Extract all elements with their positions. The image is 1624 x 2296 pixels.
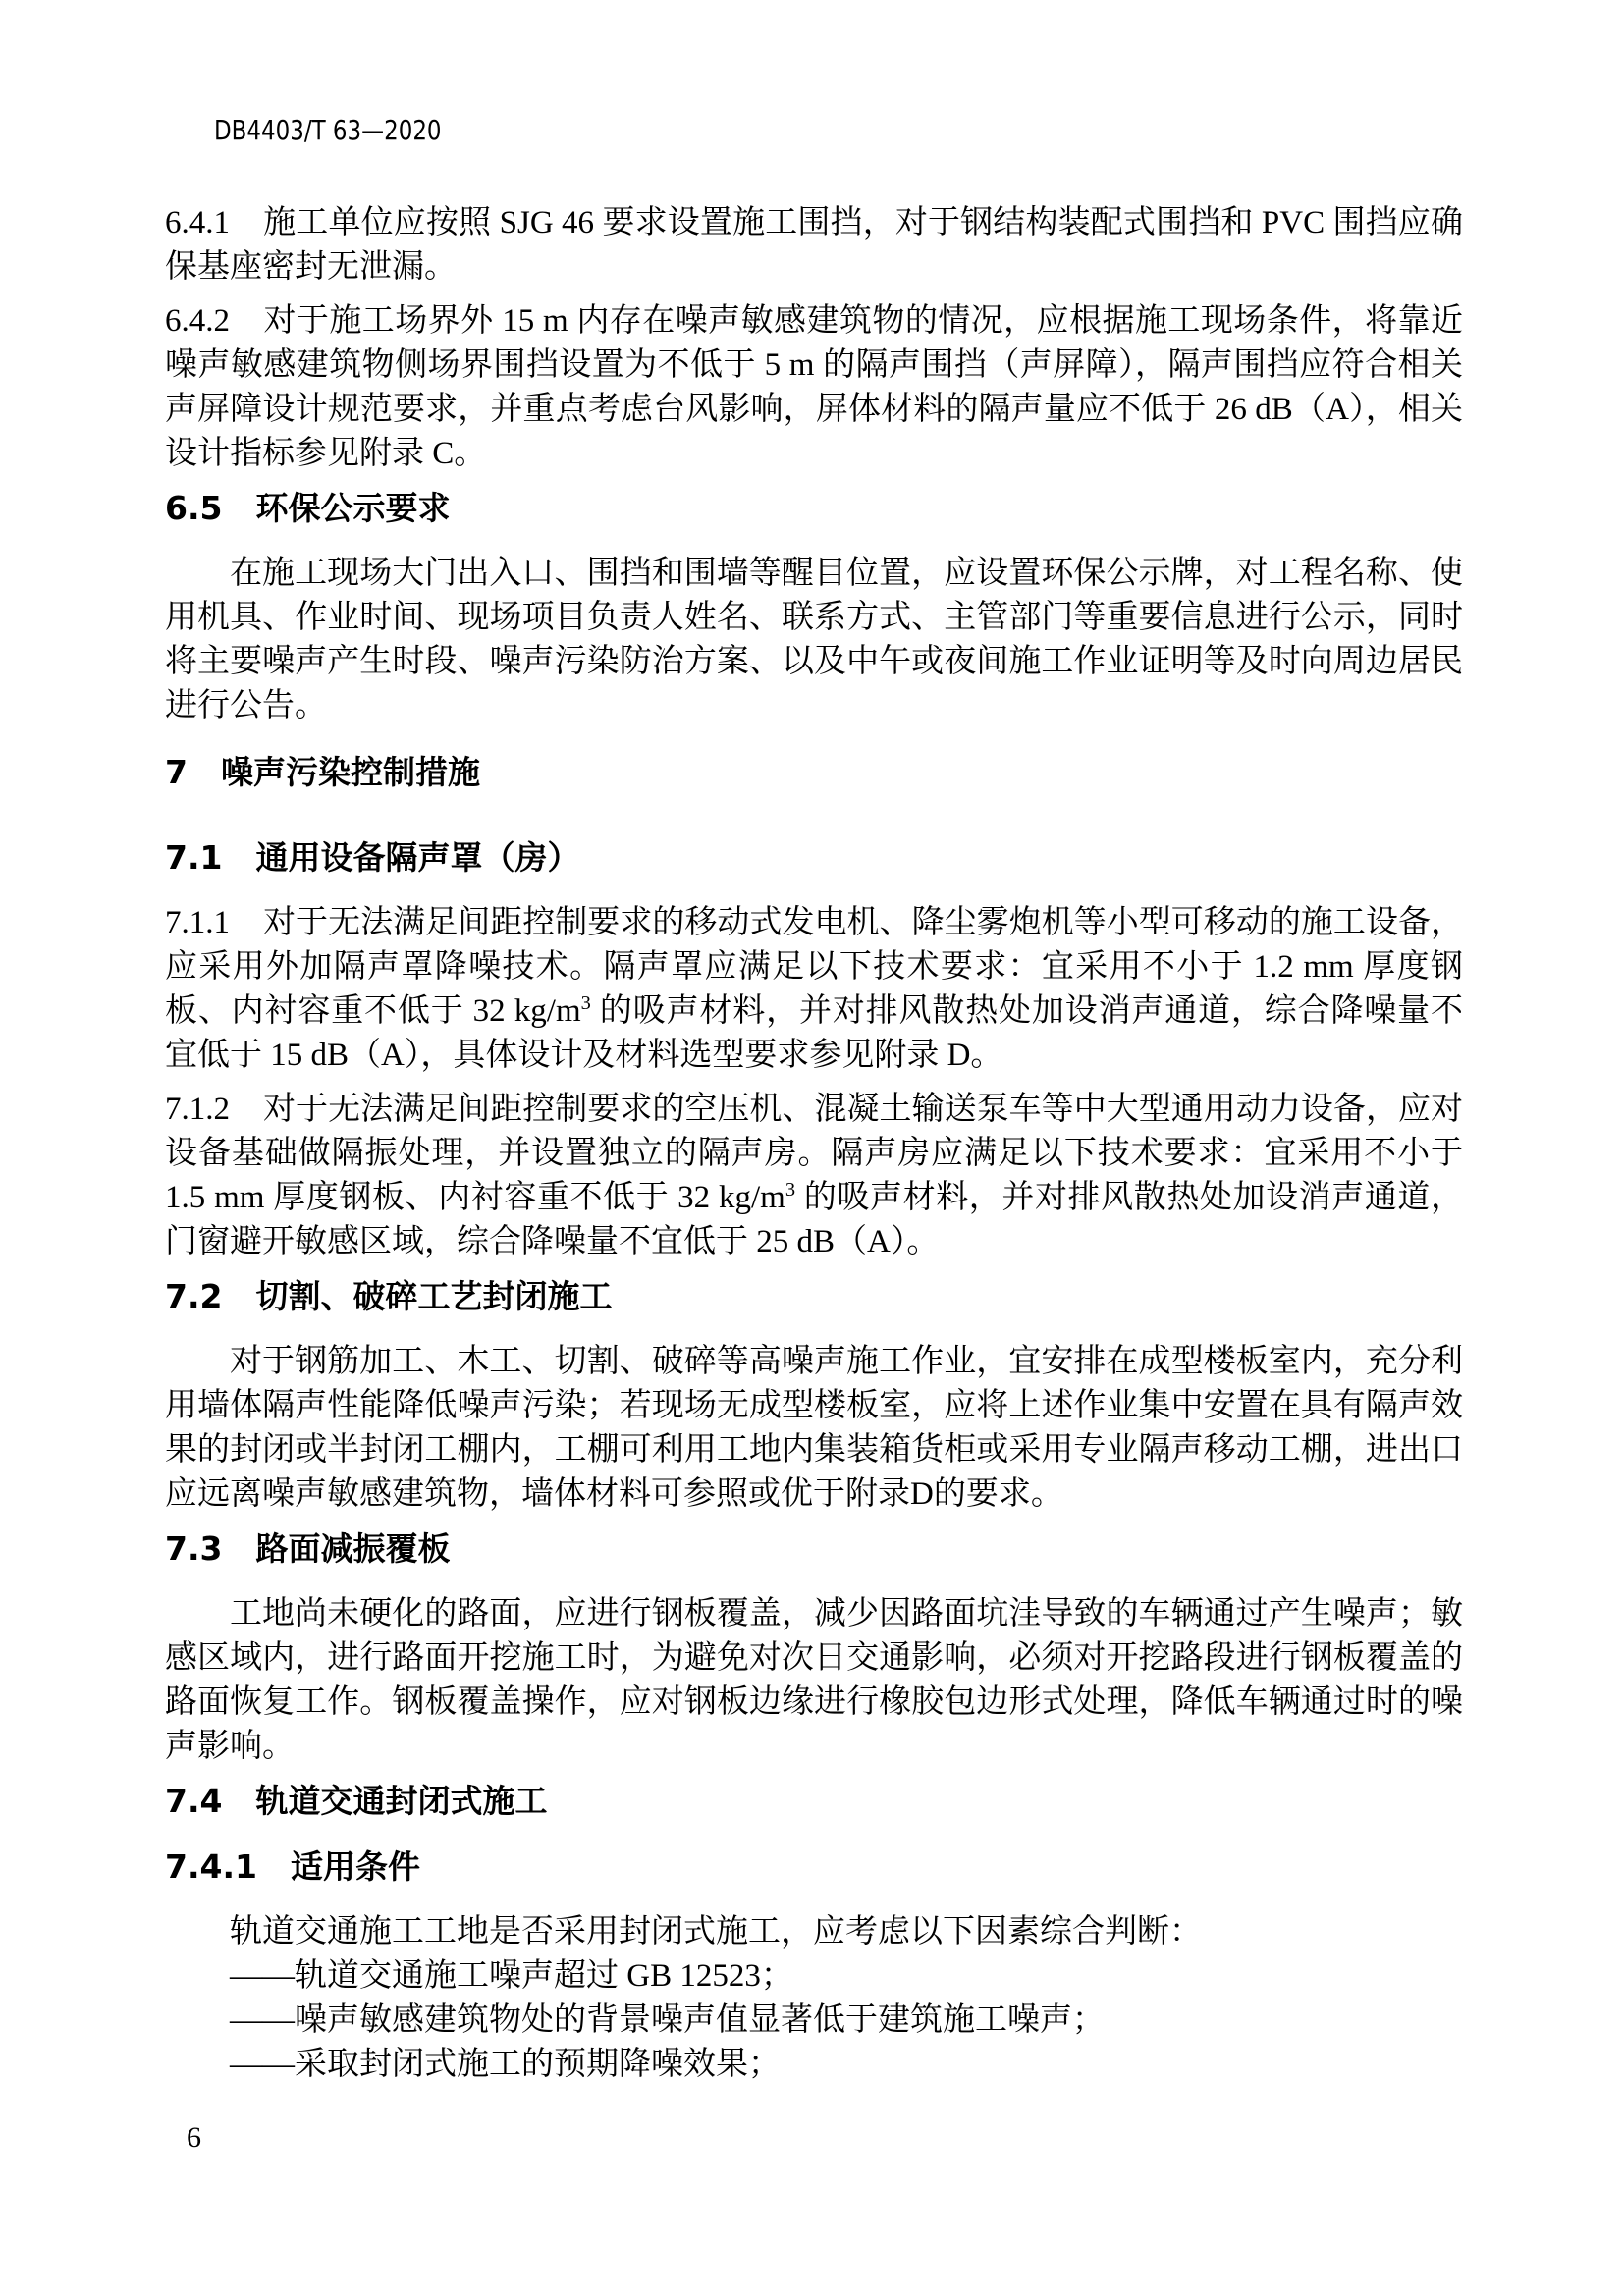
clause-number: 6.4.1 [165,205,230,240]
superscript-cubic: 3 [785,1179,795,1201]
paragraph-7-2: 对于钢筋加工、木工、切割、破碎等高噪声施工作业，宜安排在成型楼板室内，充分利用墙… [165,1340,1463,1517]
heading-title: 噪声污染控制措施 [221,753,480,791]
heading-title: 轨道交通封闭式施工 [255,1782,547,1820]
heading-7-4: 7.4轨道交通封闭式施工 [165,1779,1463,1823]
heading-title: 通用设备隔声罩（房） [255,838,579,877]
heading-number: 7.4 [165,1782,222,1820]
clause-6-4-2: 6.4.2对于施工场界外 15 m 内存在噪声敏感建筑物的情况，应根据施工现场条… [165,299,1463,476]
heading-number: 7.1 [165,838,222,877]
clause-number: 7.1.1 [165,905,230,940]
heading-number: 7 [165,753,188,791]
paragraph-6-5: 在施工现场大门出入口、围挡和围墙等醒目位置，应设置环保公示牌，对工程名称、使用机… [165,552,1463,728]
clause-7-1-1: 7.1.1对于无法满足间距控制要求的移动式发电机、降尘雾炮机等小型可移动的施工设… [165,901,1463,1078]
page-number: 6 [187,2120,201,2156]
heading-6-5: 6.5环保公示要求 [165,486,1463,530]
paragraph-7-3: 工地尚未硬化的路面，应进行钢板覆盖，减少因路面坑洼导致的车辆通过产生噪声；敏感区… [165,1592,1463,1769]
document-number-header: DB4403/T 63—2020 [214,114,442,146]
document-page: DB4403/T 63—2020 6.4.1施工单位应按照 SJG 46 要求设… [0,0,1624,2296]
heading-number: 7.3 [165,1529,222,1568]
heading-title: 环保公示要求 [255,489,450,527]
heading-title: 路面减振覆板 [255,1529,450,1568]
heading-title: 适用条件 [291,1847,420,1886]
clause-6-4-1: 6.4.1施工单位应按照 SJG 46 要求设置施工围挡，对于钢结构装配式围挡和… [165,201,1463,290]
heading-title: 切割、破碎工艺封闭施工 [255,1277,612,1315]
superscript-cubic: 3 [581,992,591,1014]
heading-7-1: 7.1通用设备隔声罩（房） [165,835,1463,880]
heading-7-4-1: 7.4.1适用条件 [165,1844,1463,1889]
list-item-dash: ——轨道交通施工噪声超过 GB 12523； [165,1954,1463,1999]
heading-number: 7.2 [165,1277,222,1315]
clause-text: 对于施工场界外 15 m 内存在噪声敏感建筑物的情况，应根据施工现场条件，将靠近… [165,303,1463,471]
list-item-dash: ——采取封闭式施工的预期降噪效果； [165,2043,1463,2087]
clause-number: 6.4.2 [165,303,230,339]
paragraph-7-4-1-intro: 轨道交通施工工地是否采用封闭式施工，应考虑以下因素综合判断： [165,1910,1463,1954]
clause-number: 7.1.2 [165,1092,230,1127]
clause-7-1-2: 7.1.2对于无法满足间距控制要求的空压机、混凝土输送泵车等中大型通用动力设备，… [165,1088,1463,1264]
list-item-dash: ——噪声敏感建筑物处的背景噪声值显著低于建筑施工噪声； [165,1999,1463,2043]
document-body: 6.4.1施工单位应按照 SJG 46 要求设置施工围挡，对于钢结构装配式围挡和… [165,201,1463,2087]
heading-7-2: 7.2切割、破碎工艺封闭施工 [165,1274,1463,1318]
heading-number: 7.4.1 [165,1847,257,1886]
clause-text: 施工单位应按照 SJG 46 要求设置施工围挡，对于钢结构装配式围挡和 PVC … [165,205,1463,285]
heading-chapter-7: 7噪声污染控制措施 [165,750,1463,794]
heading-7-3: 7.3路面减振覆板 [165,1526,1463,1571]
heading-number: 6.5 [165,489,222,527]
